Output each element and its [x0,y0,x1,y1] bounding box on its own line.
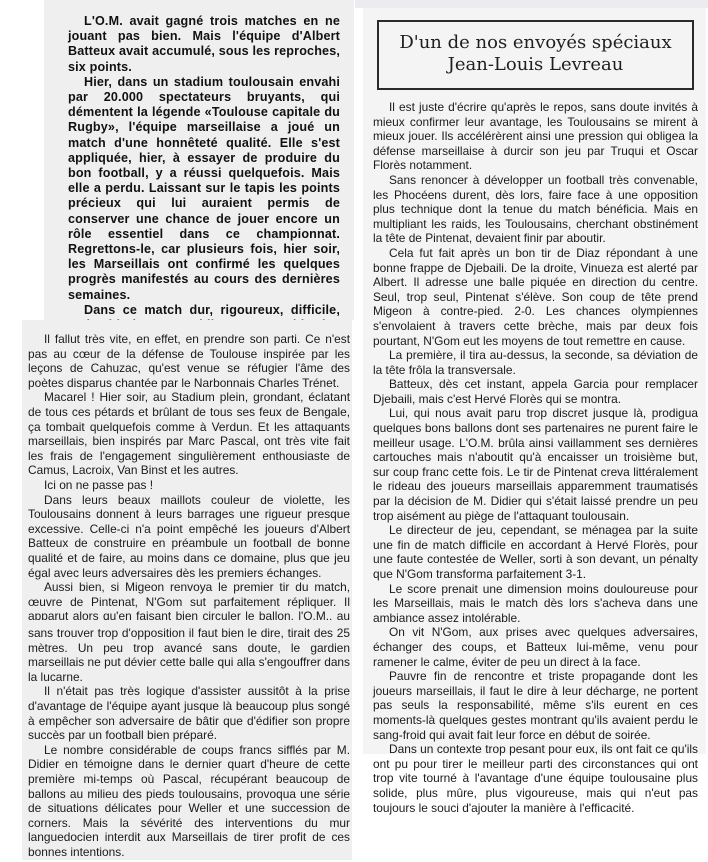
body-paragraph: Cela fut fait après un bon tir de Diaz r… [373,246,698,348]
body-paragraph: Le nombre considérable de coups francs s… [28,743,350,860]
body-paragraph: Dans un contexte trop pesant pour eux, i… [373,742,698,815]
body-paragraph: Dans leurs beaux maillots couleur de vio… [28,493,350,581]
byline-box: D'un de nos envoyés spéciaux Jean-Louis … [377,20,694,90]
intro-paragraph: L'O.M. avait gagné trois matches en ne j… [68,14,340,75]
body-paragraph: Sans renoncer à développer un football t… [373,173,698,246]
body-paragraph: Le score prenait une dimension moins dou… [373,582,698,626]
body-paragraph: On vit N'Gom, aux prises avec quelques a… [373,625,698,669]
page-margin [0,0,44,320]
body-paragraph: Il fallut très vite, en effet, en prendr… [28,332,350,390]
intro-paragraph: Hier, dans un stadium toulousain envahi … [68,75,340,303]
body-paragraph: Lui, qui nous avait paru trop discret ju… [373,406,698,523]
byline-author: Jean-Louis Levreau [385,54,686,76]
right-column: D'un de nos envoyés spéciaux Jean-Louis … [363,8,706,754]
left-column-lower: sans trouver trop d'opposition il faut b… [22,620,352,860]
body-paragraph: Il est juste d'écrire qu'après le repos,… [373,100,698,173]
body-paragraph: Macarel ! Hier soir, au Stadium plein, g… [28,390,350,478]
body-paragraph: Batteux, dès cet instant, appela Garcia … [373,377,698,406]
body-paragraph: sans trouver trop d'opposition il faut b… [28,626,350,684]
body-paragraph: Pauvre fin de rencontre et triste propag… [373,669,698,742]
body-paragraph: Ici on ne passe pas ! [28,478,350,493]
left-column-upper: Il fallut très vite, en effet, en prendr… [22,320,352,620]
body-paragraph: Le directeur de jeu, cependant, se ménag… [373,523,698,581]
scan-edge [355,0,708,8]
byline-title: D'un de nos envoyés spéciaux [385,32,686,54]
intro-block: L'O.M. avait gagné trois matches en ne j… [44,0,354,320]
body-paragraph: Il n'était pas très logique d'assister a… [28,684,350,742]
body-paragraph: La première, il tira au-dessus, la secon… [373,348,698,377]
